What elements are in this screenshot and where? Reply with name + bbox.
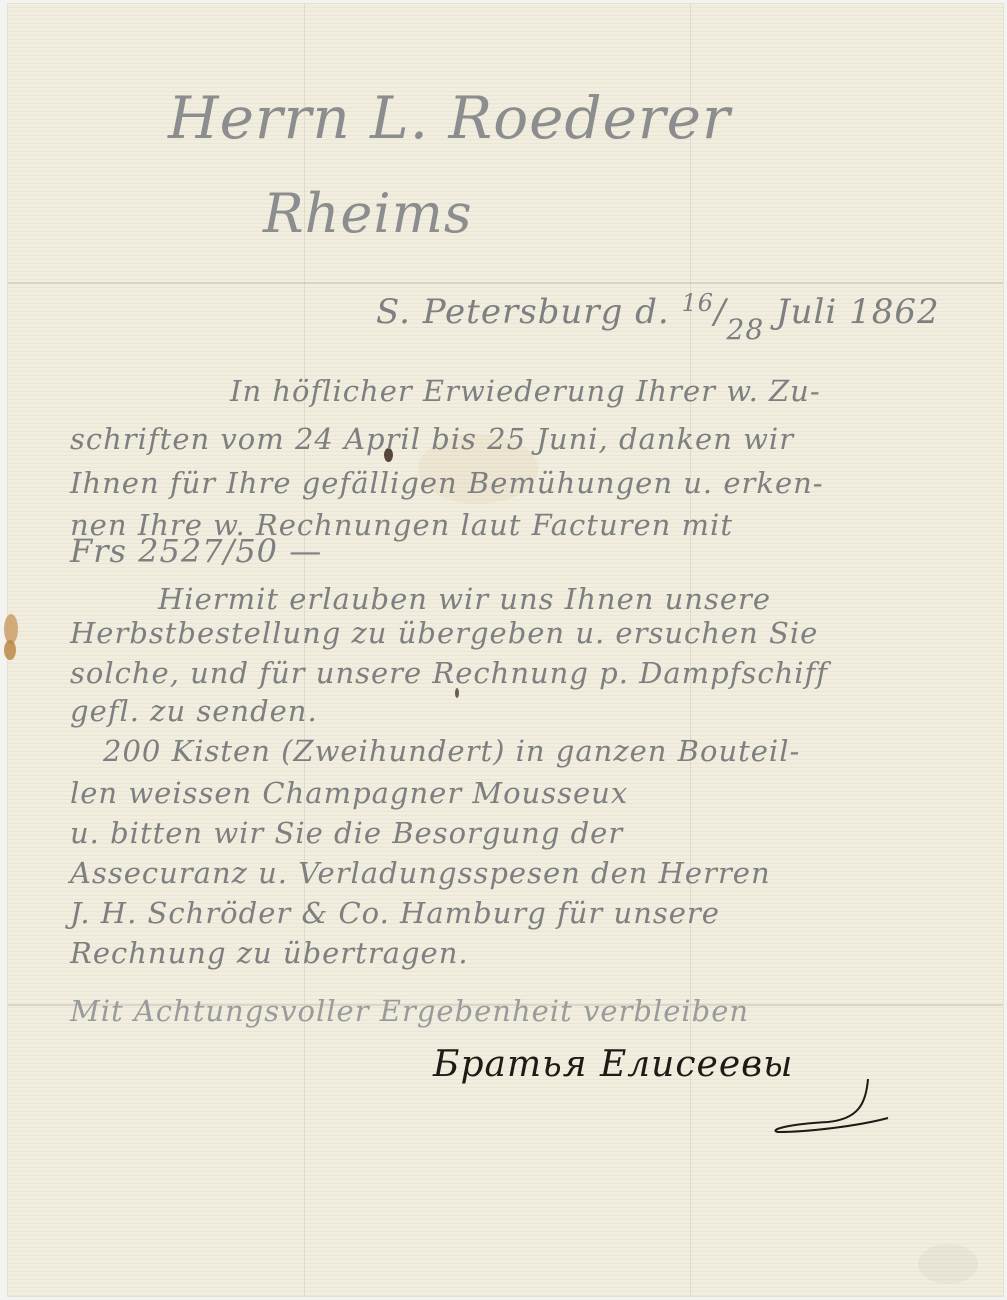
dateline-month: Juli — [776, 292, 837, 332]
body-line: u. bitten wir Sie die Besorgung der — [70, 816, 623, 850]
order-line: 200 Kisten (Zweihundert) in ganzen Boute… — [103, 734, 800, 768]
body-line: J. H. Schröder & Co. Hamburg für unsere — [70, 896, 720, 930]
body-line: len weissen Champagner Mousseux — [70, 776, 628, 810]
body-line: Herbstbestellung zu übergeben u. ersuche… — [70, 616, 818, 650]
signature-flourish-icon — [748, 1074, 898, 1134]
body-line: In höflicher Erwiederung Ihrer w. Zu- — [230, 374, 821, 408]
body-line: Ihnen für Ihre gefälligen Bemühungen u. … — [70, 466, 824, 500]
dateline-day-old: 16 — [682, 289, 715, 317]
body-line: Rechnung zu übertragen. — [70, 936, 469, 970]
amount-line: Frs 2527/50 — — [70, 532, 322, 570]
city: Rheims — [263, 182, 473, 245]
dateline: S. Petersburg d. 16/28 Juli 1862 — [376, 292, 940, 332]
signature: Братья Елисеевы — [433, 1044, 793, 1085]
body-line: schriften vom 24 April bis 25 Juni, dank… — [70, 422, 794, 456]
letter-page: Herrn L. Roederer Rheims S. Petersburg d… — [8, 4, 1003, 1296]
paper-fold-line — [690, 4, 691, 1296]
body-line: gefl. zu senden. — [70, 694, 318, 728]
body-line: Hiermit erlauben wir uns Ihnen unsere — [158, 582, 771, 616]
edge-stain — [4, 640, 16, 660]
closing-line: Mit Achtungsvoller Ergebenheit verbleibe… — [70, 994, 749, 1028]
dateline-year: 1862 — [849, 292, 940, 332]
dateline-day-new: 28 — [727, 313, 765, 346]
body-line: solche, und für unsere Rechnung p. Dampf… — [70, 656, 828, 690]
dateline-place: S. Petersburg d. — [376, 292, 670, 332]
paper-fold-line — [8, 282, 1003, 284]
smudge — [918, 1244, 978, 1284]
body-line: Assecuranz u. Verladungsspesen den Herre… — [70, 856, 771, 890]
addressee: Herrn L. Roederer — [168, 84, 731, 152]
